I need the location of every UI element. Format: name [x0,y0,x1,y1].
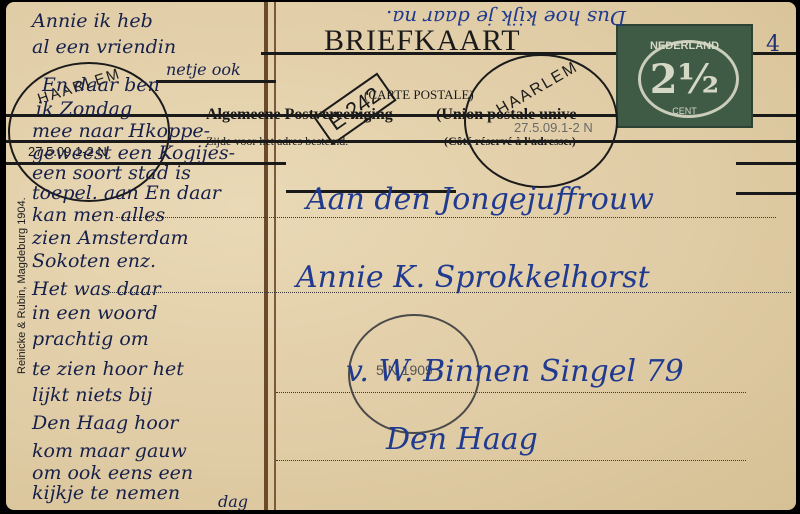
divider-line [274,2,276,510]
message-line: Den Haag hoor [32,412,178,434]
message-line: Sokoten enz. [32,250,156,272]
address-line [276,392,746,393]
postage-stamp: NEDERLAND 2½ CENT [616,24,753,128]
address-salutation: Aan den Jongejuffrouw [306,182,654,217]
corner-number: 4 [766,32,780,57]
message-line: zien Amsterdam [32,227,189,249]
message-upside-down: Dus hoe kijk je daar na. [386,6,626,30]
message-line: netje ook [166,60,241,79]
message-line: in een woord [32,302,158,324]
address-line [276,460,746,461]
message-line: om ook eens een [32,462,193,484]
message-line: lijkt niets bij [32,384,152,406]
address-line [116,217,776,218]
message-line: al een vriendin [32,36,176,58]
message-line: kan men alles [32,204,165,226]
message-line: En daar ben [42,74,160,96]
cancel-bar [736,162,796,165]
publisher-imprint: Reinicke & Rubin, Magdeburg 1904. [16,197,28,374]
postcard: Reinicke & Rubin, Magdeburg 1904. BRIEFK… [6,2,796,510]
address-street: v. W. Binnen Singel 79 [346,354,684,389]
box-cancel: E 242 [313,73,396,145]
message-line: een soort stad is [32,162,191,184]
address-name: Annie K. Sprokkelhorst [296,260,650,295]
stamp-value: 2½ [618,56,751,103]
address-city: Den Haag [386,422,538,457]
stamp-denomination: CENT [618,106,751,116]
message-line: geweest een Kogijes- [32,142,235,164]
message-line: kom maar gauw [32,440,187,462]
message-line: Annie ik heb [32,10,153,32]
cancel-bar [736,192,796,195]
message-line: toepel. aan En daar [32,182,221,204]
divider-line [264,2,268,510]
message-line: te zien hoor het [32,358,184,380]
message-line: Het was daar [32,278,161,300]
stamp-country: NEDERLAND [618,40,751,52]
message-line: prachtig om [32,328,149,350]
message-line: dag [218,492,248,510]
cancel-bar [156,80,276,83]
message-line: mee naar Hkoppe- [32,120,210,142]
message-line: kijkje te nemen [32,482,180,504]
message-line: ik Zondag [36,98,132,120]
postmark-date: 27.5.09.1-2 N [514,120,593,135]
